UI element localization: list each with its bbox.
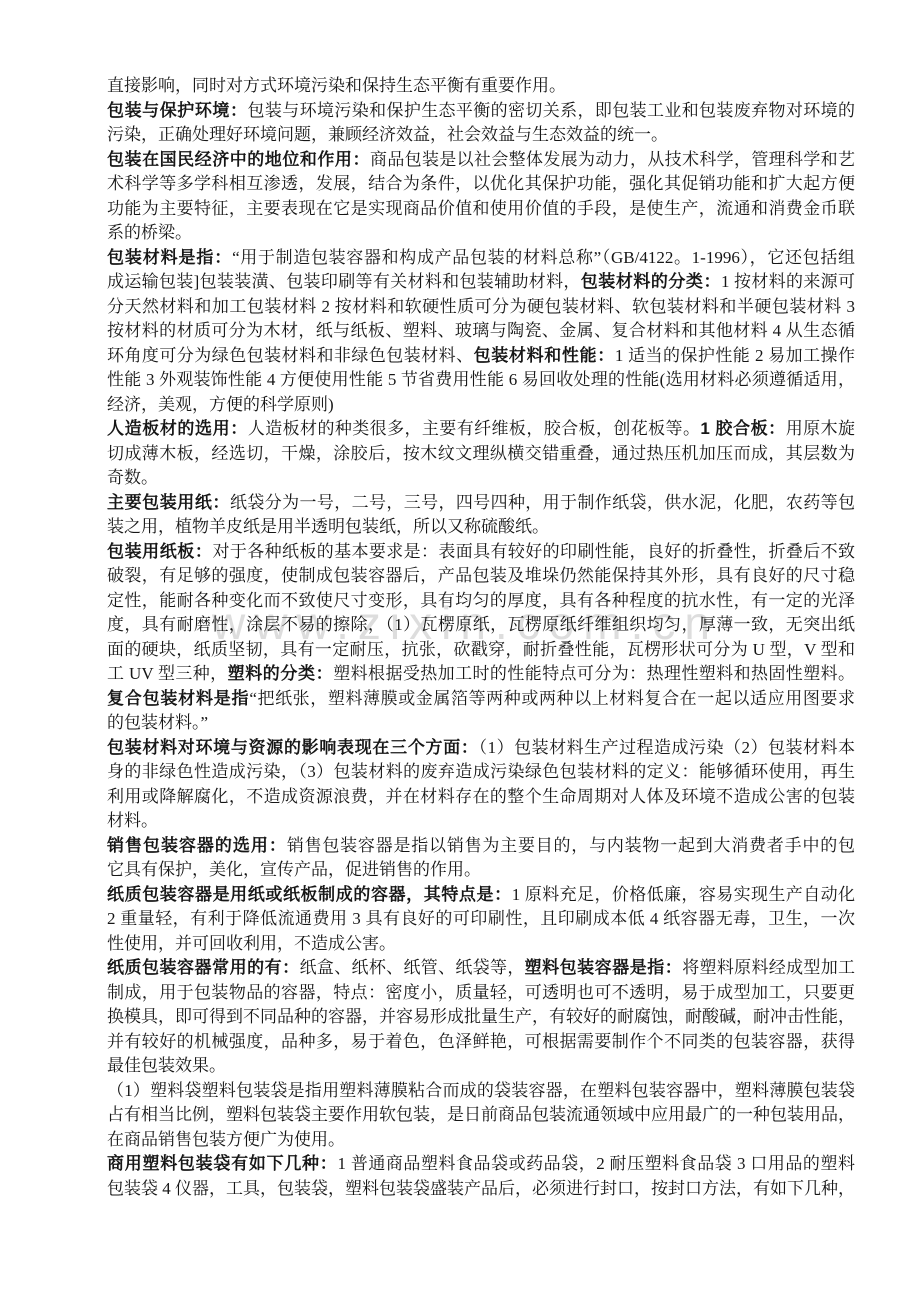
bold-term: 1 胶合板： (700, 419, 785, 438)
text-run: 的包装材料。” (107, 713, 208, 732)
bold-term: 塑料包装容器是指： (525, 958, 683, 977)
text-run: 破裂，有足够的强度，使制成包装容器后，产品包装及堆垛仍然能保持其外形，具有良好的… (107, 566, 855, 585)
text-line: 材料。 (107, 809, 855, 834)
text-run: 它具有保护，美化，宣传产品，促进销售的作用。 (107, 860, 481, 879)
text-line: 性使用，并可回收利用，不造成公害。 (107, 932, 855, 957)
text-run: 利用或降解腐化，不造成资源浪费，并在材料存在的整个生命周期对人体及环境不造成公害… (107, 787, 855, 806)
text-line: 按材料的材质可分为木材，纸与纸板、塑料、玻璃与陶瓷、金属、复合材料和其他材料 4… (107, 319, 855, 344)
text-line: 功能为主要特征，主要表现在它是实现商品价值和使用价值的手段，是使生产，流通和消费… (107, 197, 855, 222)
text-line: 直接影响，同时对方式环境污染和保持生态平衡有重要作用。 (107, 74, 855, 99)
text-line: 2 重量轻，有利于降低流通费用 3 具有良好的可印刷性，且印刷成本低 4 纸容器… (107, 907, 855, 932)
text-line: 纸质包装容器常用的有：纸盒、纸杯、纸管、纸袋等，塑料包装容器是指：将塑料原料经成… (107, 956, 855, 981)
text-run: 占有相当比例，塑料包装袋主要作用软包装，是日前商品包装流通领域中应用最广的一种包… (107, 1105, 855, 1124)
text-line: 身的非绿色性造成污染，（3）包装材料的废弃造成污染绿色包装材料的定义：能够循环使… (107, 760, 855, 785)
text-run: 术科学等多学科相互渗透，发展，结合为条件，以优化其保护功能，强化其促销功能和扩大… (107, 174, 855, 193)
text-line: 包装袋 4 仪器，工具，包装袋，塑料包装袋盛装产品后，必须进行封口，按封口方法，… (107, 1177, 855, 1202)
text-line: 定性，能耐各种变化而不致使尺寸变形，具有均匀的厚度，具有各种程度的抗水性，有一定… (107, 589, 855, 614)
text-line: 工 UV 型三种，塑料的分类：塑料根据受热加工时的性能特点可分为：热理性塑料和热… (107, 662, 855, 687)
text-line: 制成，用于包装物品的容器，特点：密度小，质量轻，可透明也可不透明，易于成型加工，… (107, 981, 855, 1006)
text-run: （1）塑料袋塑料包装袋是指用塑料薄膜粘合而成的袋装容器，在塑料包装容器中，塑料薄… (107, 1081, 855, 1100)
text-run: 面的硬块，纸质坚韧，具有一定耐压，抗张，砍戳穿，耐折叠性能，瓦楞形状可分为 U … (107, 640, 855, 659)
text-run: 纸盒、纸杯、纸管、纸袋等， (300, 958, 525, 977)
text-run: 直接影响，同时对方式环境污染和保持生态平衡有重要作用。 (107, 76, 566, 95)
text-line: 人造板材的选用：人造板材的种类很多，主要有纤维板，胶合板，创花板等。1 胶合板：… (107, 417, 855, 442)
text-run: 纸袋分为一号，二号，三号，四号四种，用于制作纸袋，供水泥，化肥，农药等包 (230, 493, 855, 512)
text-line: 占有相当比例，塑料包装袋主要作用软包装，是日前商品包装流通领域中应用最广的一种包… (107, 1103, 855, 1128)
text-line: 最佳包装效果。 (107, 1054, 855, 1079)
text-line: 经济，美观，方便的科学原则) (107, 393, 855, 418)
text-line: 商用塑料包装袋有如下几种：1 普通商品塑料食品袋或药品袋，2 耐压塑料食品袋 3… (107, 1152, 855, 1177)
text-run: 2 重量轻，有利于降低流通费用 3 具有良好的可印刷性，且印刷成本低 4 纸容器… (107, 909, 855, 928)
text-run: 工 UV 型三种， (107, 664, 228, 683)
text-run: 装之用，植物羊皮纸是用半透明包装纸，所以又称硫酸纸。 (107, 517, 549, 536)
text-line: 包装材料是指：“用于制造包装容器和构成产品包装的材料总称”（GB/4122。1-… (107, 246, 855, 271)
text-run: 包装与环境污染和保护生态平衡的密切关系，即包装工业和包装废弃物对环境的 (248, 101, 855, 120)
text-run: 将塑料原料经成型加工 (682, 958, 855, 977)
text-run: 1 原料充足，价格低廉，容易实现生产自动化 (512, 885, 855, 904)
text-line: 奇数。 (107, 466, 855, 491)
text-line: 销售包装容器的选用：销售包装容器是指以销售为主要目的，与内装物一起到大消费者手中… (107, 834, 855, 859)
bold-term: 包装与保护环境： (107, 101, 248, 120)
text-line: 切成薄木板，经选切，干燥，涂胶后，按木纹文理纵横交错重叠，通过热压机加压而成，其… (107, 442, 855, 467)
text-run: 1 适当的保护性能 2 易加工操作 (615, 346, 855, 365)
text-line: 术科学等多学科相互渗透，发展，结合为条件，以优化其保护功能，强化其促销功能和扩大… (107, 172, 855, 197)
text-run: 定性，能耐各种变化而不致使尺寸变形，具有均匀的厚度，具有各种程度的抗水性，有一定… (107, 591, 855, 610)
text-run: 功能为主要特征，主要表现在它是实现商品价值和使用价值的手段，是使生产，流通和消费… (107, 199, 855, 218)
bold-term: 包装用纸板： (107, 542, 212, 561)
text-line: 包装材料对环境与资源的影响表现在三个方面：（1）包装材料生产过程造成污染（2）包… (107, 736, 855, 761)
text-line: 面的硬块，纸质坚韧，具有一定耐压，抗张，砍戳穿，耐折叠性能，瓦楞形状可分为 U … (107, 638, 855, 663)
bold-term: 主要包装用纸： (107, 493, 230, 512)
text-line: 的包装材料。” (107, 711, 855, 736)
text-line: 污染，正确处理好环境问题，兼顾经济效益，社会效益与生态效益的统一。 (107, 123, 855, 148)
text-run: 并有较好的机械强度，品种多，易于着色，色泽鲜艳，可根据需要制作个不同类的包装容器… (107, 1032, 855, 1051)
bold-term: 塑料的分类： (228, 664, 334, 683)
text-line: 复合包装材料是指“把纸张，塑料薄膜或金属箔等两种或两种以上材料复合在一起以适应用… (107, 687, 855, 712)
bold-term: 包装在国民经济中的地位和作用： (107, 150, 370, 169)
text-run: 换模具，即可得到不同品种的容器，并容易形成批量生产，有较好的耐腐蚀，耐酸碱，耐冲… (107, 1007, 855, 1026)
text-line: 包装与保护环境：包装与环境污染和保护生态平衡的密切关系，即包装工业和包装废弃物对… (107, 99, 855, 124)
text-line: 利用或降解腐化，不造成资源浪费，并在材料存在的整个生命周期对人体及环境不造成公害… (107, 785, 855, 810)
text-line: 纸质包装容器是用纸或纸板制成的容器，其特点是：1 原料充足，价格低廉，容易实现生… (107, 883, 855, 908)
text-run: 性能 3 外观装饰性能 4 方便使用性能 5 节省费用性能 6 易回收处理的性能… (107, 370, 855, 389)
text-run: 塑料根据受热加工时的性能特点可分为：热理性塑料和热固性塑料。 (333, 664, 855, 683)
document-page: www.zixin.com.cn 直接影响，同时对方式环境污染和保持生态平衡有重… (0, 0, 920, 1301)
text-line: 装之用，植物羊皮纸是用半透明包装纸，所以又称硫酸纸。 (107, 515, 855, 540)
text-line: 它具有保护，美化，宣传产品，促进销售的作用。 (107, 858, 855, 883)
text-line: 环角度可分为绿色包装材料和非绿色包装材料、包装材料和性能：1 适当的保护性能 2… (107, 344, 855, 369)
text-run: 度，具有耐磨性，涂层不易的擦除，（1）瓦楞原纸，瓦楞原纸纤维组织均匀，厚薄一致，… (107, 615, 855, 634)
text-line: 度，具有耐磨性，涂层不易的擦除，（1）瓦楞原纸，瓦楞原纸纤维组织均匀，厚薄一致，… (107, 613, 855, 638)
text-run: 商品包装是以社会整体发展为动力，从技术科学，管理科学和艺 (370, 150, 855, 169)
text-run: 最佳包装效果。 (107, 1056, 226, 1075)
text-run: 用原木旋 (786, 419, 855, 438)
text-run: 性使用，并可回收利用，不造成公害。 (107, 934, 396, 953)
text-run: 奇数。 (107, 468, 158, 487)
text-run: 系的桥梁。 (107, 223, 192, 242)
bold-term: 包装材料和性能： (474, 346, 615, 365)
text-run: “用于制造包装容器和构成产品包装的材料总称”（GB/4122。1-1996），它… (232, 248, 855, 267)
text-run: 身的非绿色性造成污染，（3）包装材料的废弃造成污染绿色包装材料的定义：能够循环使… (107, 762, 855, 781)
document-text: 直接影响，同时对方式环境污染和保持生态平衡有重要作用。包装与保护环境：包装与环境… (107, 74, 855, 1201)
bold-term: 包装材料的分类： (581, 272, 721, 291)
bold-term: 包装材料是指： (107, 248, 232, 267)
bold-term: 复合包装材料是指 (107, 689, 249, 708)
text-line: 并有较好的机械强度，品种多，易于着色，色泽鲜艳，可根据需要制作个不同类的包装容器… (107, 1030, 855, 1055)
text-run: 对于各种纸板的基本要求是：表面具有较好的印刷性能，良好的折叠性，折叠后不致 (212, 542, 855, 561)
text-line: 换模具，即可得到不同品种的容器，并容易形成批量生产，有较好的耐腐蚀，耐酸碱，耐冲… (107, 1005, 855, 1030)
text-line: 在商品销售包装方便广为使用。 (107, 1128, 855, 1153)
text-run: 在商品销售包装方便广为使用。 (107, 1130, 345, 1149)
text-line: 包装用纸板：对于各种纸板的基本要求是：表面具有较好的印刷性能，良好的折叠性，折叠… (107, 540, 855, 565)
bold-term: 销售包装容器的选用： (107, 836, 287, 855)
text-line: 性能 3 外观装饰性能 4 方便使用性能 5 节省费用性能 6 易回收处理的性能… (107, 368, 855, 393)
text-line: 成运输包装]包装装潢、包装印刷等有关材料和包装辅助材料，包装材料的分类：1 按材… (107, 270, 855, 295)
bold-term: 人造板材的选用： (107, 419, 248, 438)
text-run: （1）包装材料生产过程造成污染（2）包装材料本 (479, 738, 855, 757)
text-run: 成运输包装]包装装潢、包装印刷等有关材料和包装辅助材料， (107, 272, 581, 291)
text-run: 经济，美观，方便的科学原则) (107, 395, 334, 414)
text-run: 材料。 (107, 811, 158, 830)
text-run: 按材料的材质可分为木材，纸与纸板、塑料、玻璃与陶瓷、金属、复合材料和其他材料 4… (107, 321, 855, 340)
text-run: 人造板材的种类很多，主要有纤维板，胶合板，创花板等。 (248, 419, 701, 438)
text-run: 1 按材料的来源可 (721, 272, 855, 291)
text-run: 1 普通商品塑料食品袋或药品袋，2 耐压塑料食品袋 3 口用品的塑料 (338, 1154, 855, 1173)
text-run: 切成薄木板，经选切，干燥，涂胶后，按木纹文理纵横交错重叠，通过热压机加压而成，其… (107, 444, 855, 463)
text-line: 破裂，有足够的强度，使制成包装容器后，产品包装及堆垛仍然能保持其外形，具有良好的… (107, 564, 855, 589)
bold-term: 纸质包装容器是用纸或纸板制成的容器，其特点是： (107, 885, 512, 904)
text-run: 制成，用于包装物品的容器，特点：密度小，质量轻，可透明也可不透明，易于成型加工，… (107, 983, 855, 1002)
bold-term: 纸质包装容器常用的有： (107, 958, 300, 977)
bold-term: 包装材料对环境与资源的影响表现在三个方面： (107, 738, 479, 757)
text-line: 分天然材料和加工包装材料 2 按材料和软硬性质可分为硬包装材料、软包装材料和半硬… (107, 295, 855, 320)
text-line: 包装在国民经济中的地位和作用：商品包装是以社会整体发展为动力，从技术科学，管理科… (107, 148, 855, 173)
text-run: 包装袋 4 仪器，工具，包装袋，塑料包装袋盛装产品后，必须进行封口，按封口方法，… (107, 1179, 855, 1198)
text-line: （1）塑料袋塑料包装袋是指用塑料薄膜粘合而成的袋装容器，在塑料包装容器中，塑料薄… (107, 1079, 855, 1104)
text-line: 主要包装用纸：纸袋分为一号，二号，三号，四号四种，用于制作纸袋，供水泥，化肥，农… (107, 491, 855, 516)
text-run: 环角度可分为绿色包装材料和非绿色包装材料、 (107, 346, 474, 365)
text-run: 污染，正确处理好环境问题，兼顾经济效益，社会效益与生态效益的统一。 (107, 125, 668, 144)
text-run: 分天然材料和加工包装材料 2 按材料和软硬性质可分为硬包装材料、软包装材料和半硬… (107, 297, 855, 316)
text-run: “把纸张，塑料薄膜或金属箔等两种或两种以上材料复合在一起以适应用图要求 (249, 689, 855, 708)
text-line: 系的桥梁。 (107, 221, 855, 246)
bold-term: 商用塑料包装袋有如下几种： (107, 1154, 338, 1173)
